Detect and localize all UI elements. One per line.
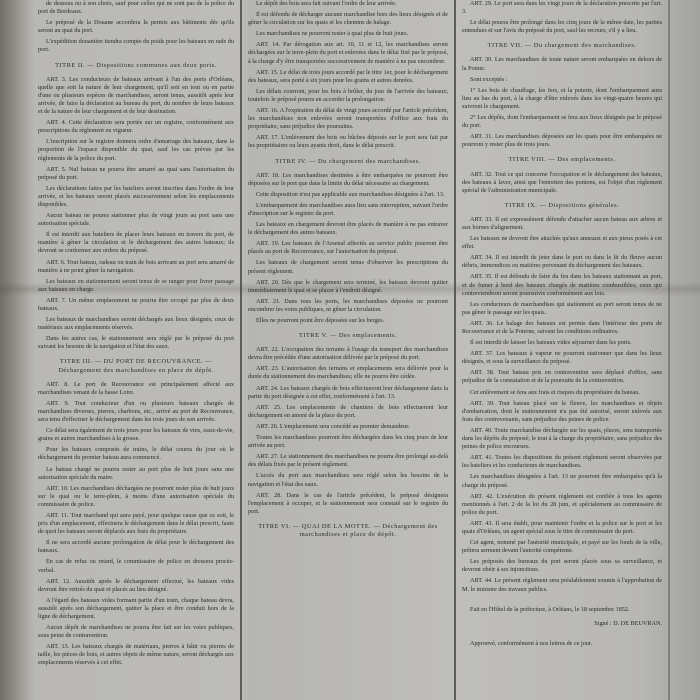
article-paragraph: ART. 17. L'enlèvement des bois ou bûches… [248, 134, 448, 150]
article-paragraph: ART. 41. Toutes les dispositions du prés… [462, 454, 662, 470]
article-paragraph: Le dépôt des bois sera fait suivant l'or… [248, 0, 448, 8]
article-paragraph: Dans les autres cas, le stationnement se… [38, 335, 234, 351]
article-paragraph: ART. 36. Le halage des bateaux est permi… [462, 320, 662, 336]
document-page: de dessous ou à son choix, sauf pour cel… [0, 0, 700, 700]
article-paragraph: ART. 8. Le port de Recouvrance est princ… [38, 381, 234, 397]
article-paragraph: Il est défendu de décharger aucune march… [248, 11, 448, 27]
article-paragraph: L'expédition douanière tiendra compte du… [38, 38, 234, 54]
section-title: TITRE V. — Des emplacements. [248, 332, 448, 340]
article-paragraph: ART. 3. Les conducteurs de bateaux arriv… [38, 76, 234, 116]
column-right: ART. 29. Le port sera dans les vingt jou… [462, 0, 662, 700]
signing-place-date: Fait en l'Hôtel de la préfecture, à Orlé… [462, 606, 662, 614]
article-paragraph: Les bateaux de marchandises seront décha… [38, 316, 234, 332]
article-paragraph: ART. 7. Un même emplacement ne pourra êt… [38, 297, 234, 313]
article-paragraph: Cet agent, nommé par l'autorité municipa… [462, 539, 662, 555]
article-paragraph: ART. 12. Aussitôt après le déchargement … [38, 578, 234, 594]
section-title: TITRE III. — DU PORT DE RECOUVRANCE. — D… [38, 358, 234, 374]
article-paragraph: ART. 18. Les marchandises destinées à êt… [248, 172, 448, 188]
article-paragraph: ART. 29. Le port sera dans les vingt jou… [462, 0, 662, 16]
article-paragraph: L'inscription sur le registre donnera or… [38, 138, 234, 162]
article-paragraph: ART. 40. Toute marchandise déchargée sur… [462, 427, 662, 451]
article-paragraph: ART. 43. Il sera établi, pour maintenir … [462, 520, 662, 536]
column-left: de dessous ou à son choix, sauf pour cel… [38, 0, 234, 700]
article-paragraph: Les préposés des bureaux du port seront … [462, 558, 662, 574]
article-paragraph: ART. 19. Les bateaux de l'Arsenal affect… [248, 240, 448, 256]
section-title: TITRE II. — Dispositions communes aux de… [38, 62, 234, 70]
paper-fold-crease [0, 282, 700, 296]
article-paragraph: ART. 25. Les emplacements de chantiers d… [248, 404, 448, 420]
article-paragraph: ART. 5. Nul bateau ne pourra être amarré… [38, 166, 234, 182]
approval-note: Approuvé, conformément à nos lettres de … [462, 640, 662, 648]
article-paragraph: Le délai pourra être prolongé dans les c… [462, 19, 662, 35]
article-paragraph: ART. 30. Les marchandises de toute natur… [462, 56, 662, 72]
section-title: TITRE VI. — QUAI DE LA MOTTE. — Décharge… [248, 523, 448, 539]
article-paragraph: ART. 13. Les bateaux chargés de matériau… [38, 643, 234, 667]
article-paragraph: ART. 34. Il est interdit de jeter dans l… [462, 254, 662, 270]
article-paragraph: ART. 31. Les marchandises déposées sur l… [462, 133, 662, 149]
article-paragraph: ART. 11. Tout marchand qui aura payé, po… [38, 512, 234, 536]
column-divider [668, 0, 670, 700]
article-paragraph: En cas de refus ou retard, le commissair… [38, 558, 234, 574]
article-paragraph: Aucun bateau ne pourra stationner plus d… [38, 212, 234, 228]
article-paragraph: A l'égard des bateaux vides formant part… [38, 597, 234, 621]
article-paragraph: Cet enlèvement se fera aux frais et risq… [462, 389, 662, 397]
section-title: TITRE IV. — Du chargement des marchandis… [248, 158, 448, 166]
article-paragraph: ART. 38. Tout bateau pris en contraventi… [462, 369, 662, 385]
article-paragraph: ART. 26. L'emplacement sera concédé au p… [248, 423, 448, 431]
article-paragraph: ART. 32. Tout ce qui concerne l'occupati… [462, 171, 662, 195]
article-paragraph: ART. 33. Il est expressément défendu d'a… [462, 216, 662, 232]
signature: Signé : D. DE BEUVRAN. [462, 620, 662, 628]
article-paragraph: Il ne sera accordé aucune prolongation d… [38, 539, 234, 555]
article-paragraph: Sont exceptés : [462, 76, 662, 84]
section-title: TITRE VII. — Du chargement des marchandi… [462, 42, 662, 50]
article-paragraph: ART. 10. Les marchandises déchargées ne … [38, 485, 234, 509]
article-paragraph: ART. 14. Par dérogation aux art. 10, 11 … [248, 41, 448, 65]
article-paragraph: ART. 23. L'autorisation des terrains et … [248, 365, 448, 381]
article-paragraph: ART. 28. Dans le cas de l'article précéd… [248, 492, 448, 516]
article-paragraph: ART. 4. Cette déclaration sera portée su… [38, 119, 234, 135]
section-title: TITRE IX. — Dispositions générales. [462, 202, 662, 210]
article-paragraph: ART. 16. A l'expiration du délai de ving… [248, 107, 448, 131]
article-paragraph: Pour les bateaux composés de trains, le … [38, 446, 234, 462]
article-paragraph: Les bateaux en chargement devront être p… [248, 221, 448, 237]
article-paragraph: ART. 24. Les bateaux chargés de bois eff… [248, 385, 448, 401]
page-edge-shadow [0, 0, 36, 700]
article-paragraph: Les marchandises ne pourront rester à qu… [248, 30, 448, 38]
article-paragraph: ART. 37. Les bateaux à vapeur ne pourron… [462, 350, 662, 366]
article-paragraph: 2° Les dépôts, dont l'embarquement se fe… [462, 114, 662, 130]
article-paragraph: ART. 9. Tout conducteur d'un ou plusieur… [38, 400, 234, 424]
column-divider [240, 0, 242, 700]
section-title: TITRE VIII. — Des emplacements. [462, 156, 662, 164]
article-paragraph: L'embarquement des marchandises aura lie… [248, 202, 448, 218]
article-paragraph: Le bateau chargé ne pourra rester au por… [38, 466, 234, 482]
article-paragraph: ART. 27. Le stationnement des marchandis… [248, 453, 448, 469]
column-middle: Le dépôt des bois sera fait suivant l'or… [248, 0, 448, 700]
article-paragraph: Cette disposition n'est pas applicable a… [248, 191, 448, 199]
article-paragraph: Il est interdit aux bateliers de placer … [38, 231, 234, 255]
article-paragraph: Toutes les marchandises pourront être dé… [248, 434, 448, 450]
article-paragraph: 1° Les bois de chauffage, les fers, et l… [462, 87, 662, 111]
article-paragraph: Il est interdit de laisser les bateaux v… [462, 339, 662, 347]
article-paragraph: ART. 42. L'exécution du présent règlemen… [462, 493, 662, 517]
article-paragraph: Les déclarations faites par les batelier… [38, 185, 234, 209]
column-divider [454, 0, 456, 700]
article-paragraph: Les bateaux ne devront être attachés qu'… [462, 235, 662, 251]
article-paragraph: Ce délai sera également de trois jours p… [38, 427, 234, 443]
article-paragraph: Elles ne pourront point être déposées su… [248, 317, 448, 325]
article-paragraph: Le préposé de la Douane accordera la per… [38, 19, 234, 35]
article-paragraph: Aucun dépôt de marchandises ne pourra êt… [38, 624, 234, 640]
article-paragraph: ART. 6. Tout bateau, radeau ou train de … [38, 259, 234, 275]
article-paragraph: de dessous ou à son choix, sauf pour cel… [38, 0, 234, 16]
article-paragraph: L'accès du port aux marchandises sera ré… [248, 472, 448, 488]
article-paragraph: ART. 39. Tout bateau placé sur le fleuve… [462, 400, 662, 424]
article-paragraph: Les marchandises désignées à l'art. 13 n… [462, 473, 662, 489]
article-paragraph: ART. 21. Dans tous les ports, les marcha… [248, 298, 448, 314]
article-paragraph: ART. 44. Le présent règlement sera préal… [462, 577, 662, 593]
article-paragraph: Les conducteurs de marchandises qui stat… [462, 301, 662, 317]
article-paragraph: Les bateaux de chargement seront tenus d… [248, 259, 448, 275]
article-paragraph: Les délais courront, pour les bois à brû… [248, 88, 448, 104]
article-paragraph: ART. 15. Le délai de trois jours accordé… [248, 69, 448, 85]
article-paragraph: ART. 22. L'occupation des terrains à l'u… [248, 346, 448, 362]
